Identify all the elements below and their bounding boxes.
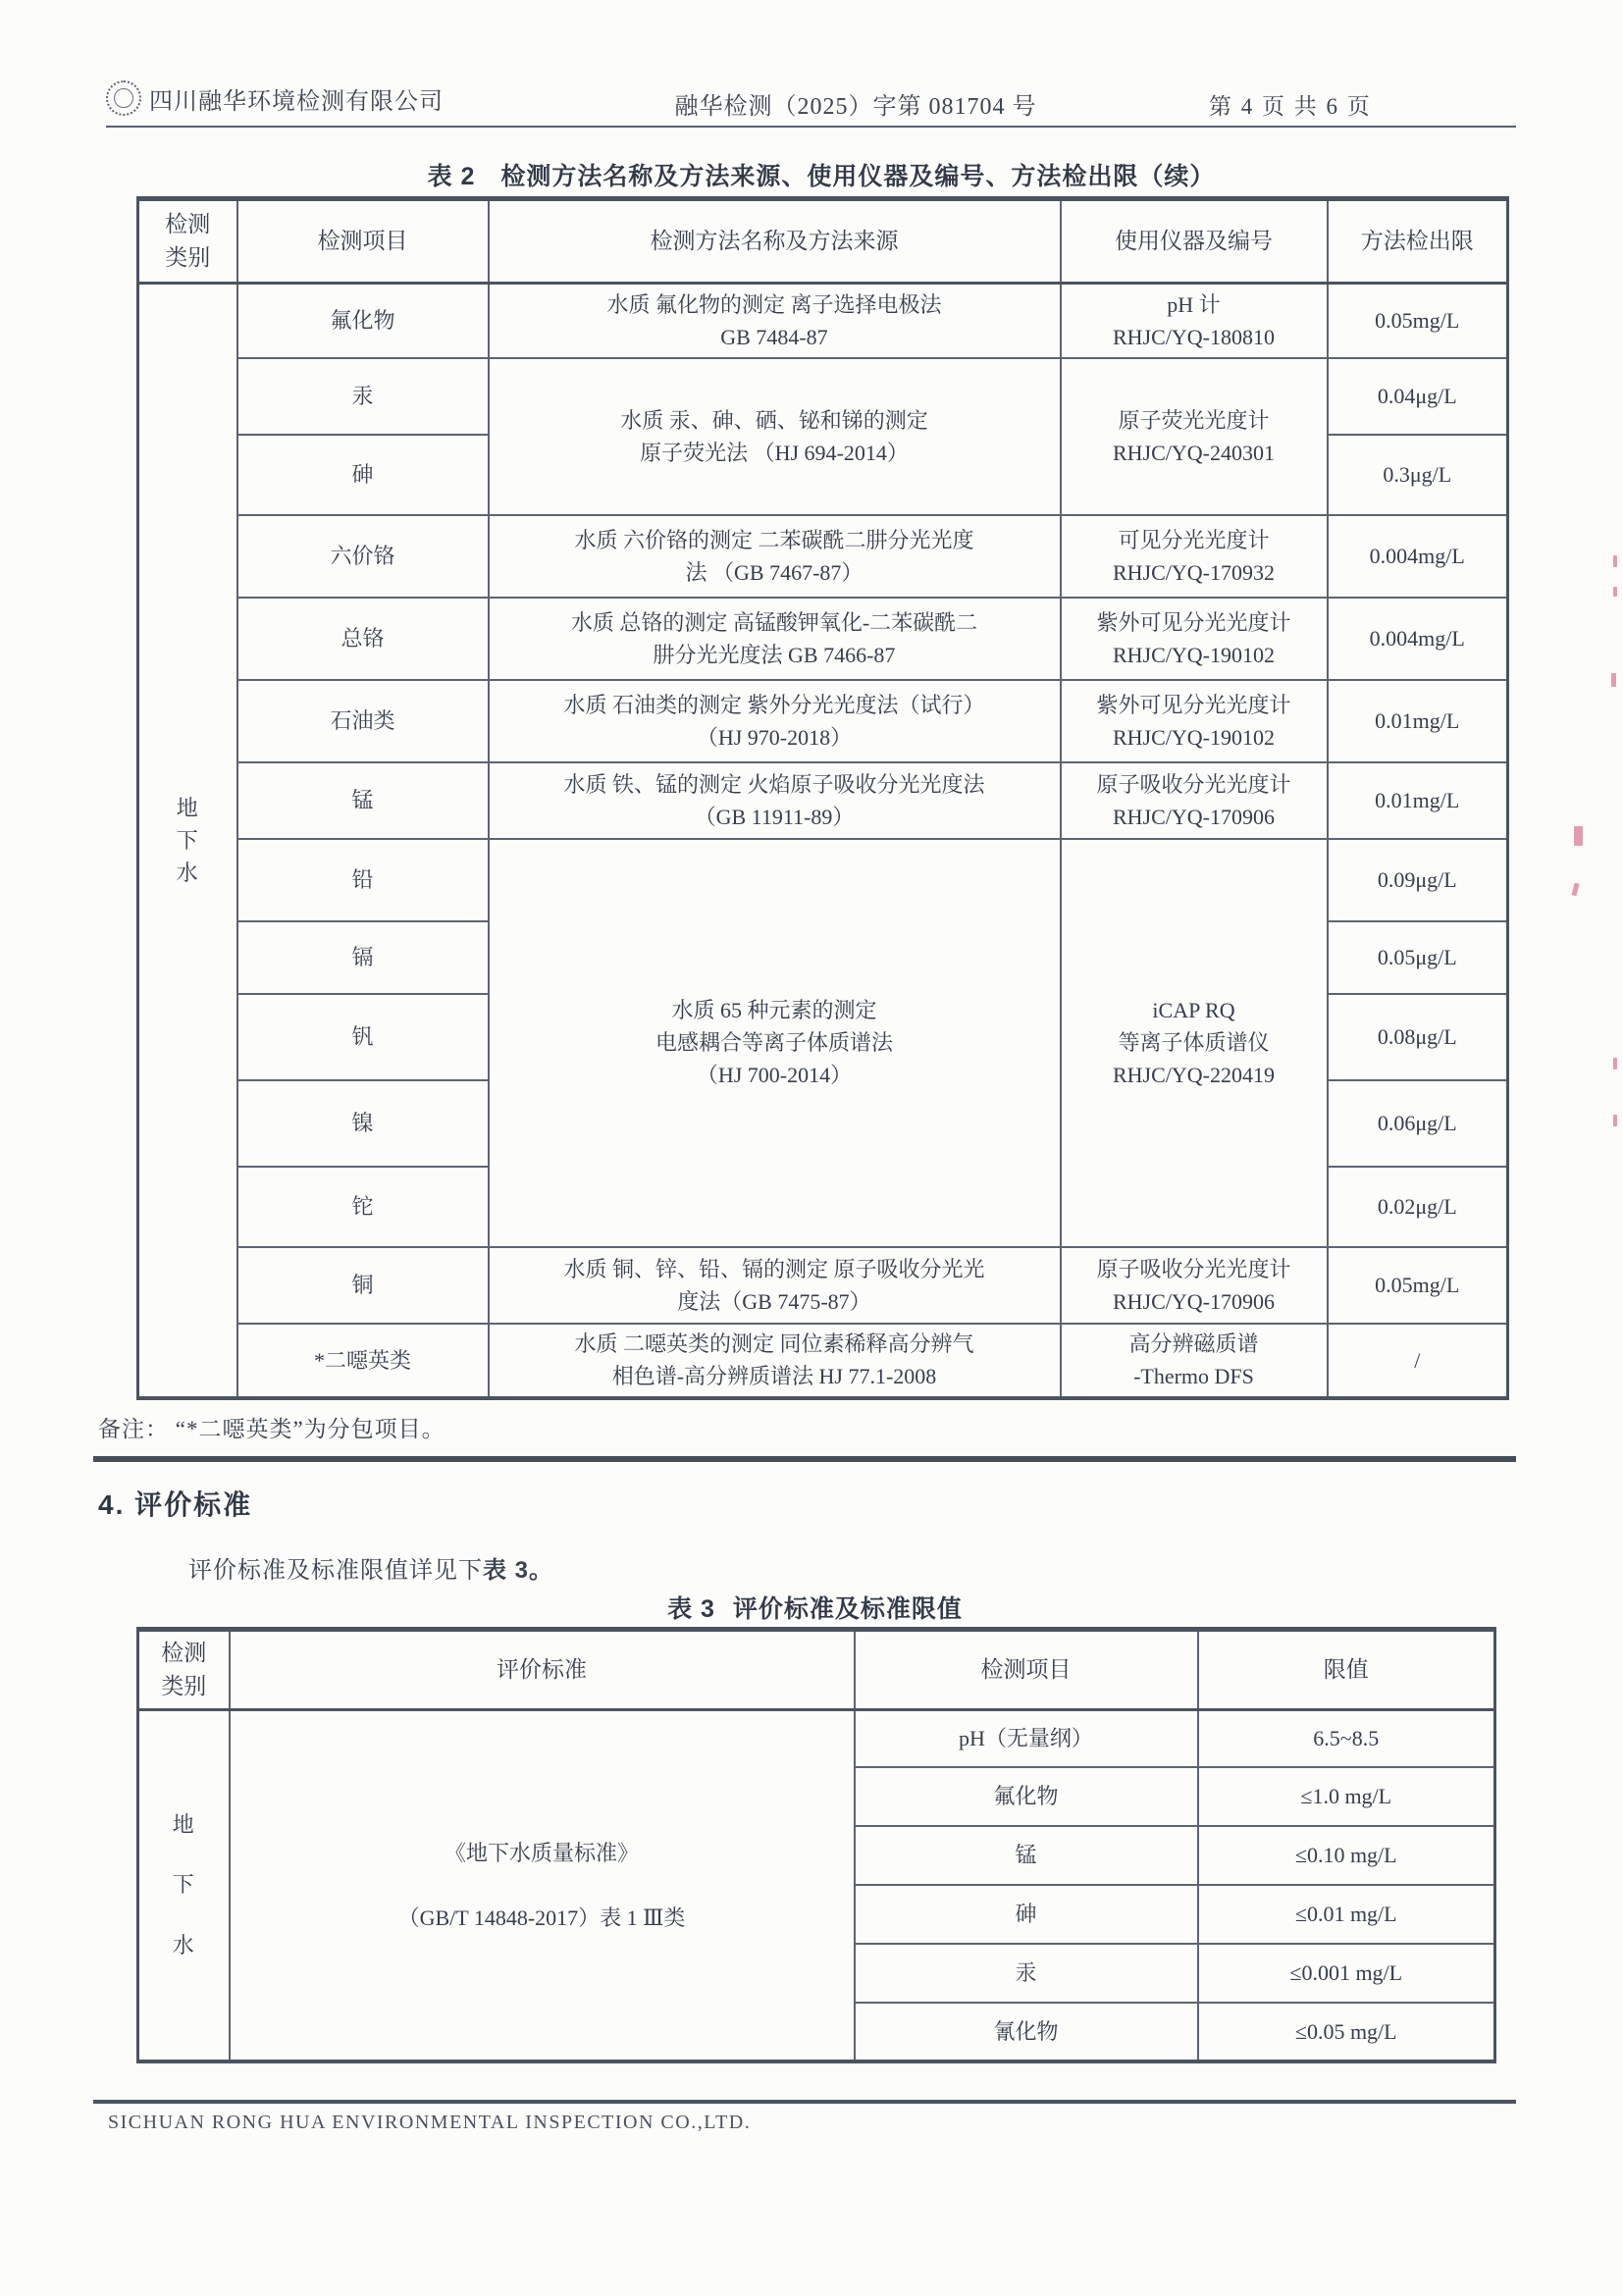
header-company: 四川融华环境检测有限公司 (106, 80, 444, 116)
item-cell: 锰 (237, 762, 489, 839)
item-cell: 总铬 (237, 598, 489, 680)
instrument-cell: 高分辨磁质谱 -Thermo DFS (1061, 1324, 1328, 1398)
table3-col-header-standard: 评价标准 (230, 1630, 855, 1710)
page-indicator: 第 4 页 共 6 页 (1209, 88, 1372, 121)
section-divider-rule (93, 1456, 1516, 1462)
standard-cell: 《地下水质量标准》 （GB/T 14848-2017）表 1 Ⅲ类 (230, 1710, 855, 2061)
item-cell: pH（无量纲） (855, 1710, 1198, 1767)
limit-cell: / (1328, 1324, 1508, 1398)
table2-footnote: 备注： “*二噁英类”为分包项目。 (98, 1411, 445, 1443)
doc-number: 融华检测（2025）字第 081704 号 (675, 86, 1037, 121)
company-name: 四川融华环境检测有限公司 (149, 81, 444, 116)
table3: 检测 类别 评价标准 检测项目 限值 地 下 水 《地下水质量标准》 （GB/T… (136, 1627, 1496, 2063)
table2-col-header-method: 检测方法名称及方法来源 (489, 199, 1061, 284)
limit-cell: 0.05mg/L (1328, 1247, 1508, 1324)
scan-artifact-mark (1611, 673, 1616, 687)
section-paragraph: 评价标准及标准限值详见下表 3。 (188, 1550, 553, 1585)
item-cell: 镉 (237, 921, 489, 994)
item-cell: 钒 (237, 994, 489, 1080)
scan-artifact-mark (1613, 1115, 1617, 1126)
table3-category-cell: 地 下 水 (138, 1710, 230, 2061)
table2-title-text: 检测方法名称及方法来源、使用仪器及编号、方法检出限（续） (500, 163, 1215, 190)
section-heading: 4. 评价标准 (98, 1484, 252, 1523)
limit-cell: 0.05mg/L (1328, 284, 1508, 358)
limit-cell: 0.09μg/L (1328, 839, 1508, 921)
item-cell: 铊 (237, 1167, 489, 1247)
paragraph-bold-ref: 表 3。 (483, 1557, 553, 1584)
paragraph-text: 评价标准及标准限值详见下 (188, 1558, 483, 1584)
table2: 检测 类别 检测项目 检测方法名称及方法来源 使用仪器及编号 方法检出限 地 下… (136, 196, 1509, 1400)
limit-cell: 0.004mg/L (1328, 598, 1508, 680)
item-cell: 砷 (855, 1885, 1198, 1944)
table3-title-text: 评价标准及标准限值 (733, 1595, 963, 1623)
item-cell: 氰化物 (855, 2003, 1198, 2061)
table2-category-cell: 地 下 水 (138, 284, 237, 1398)
footer-rule (93, 2100, 1516, 2104)
report-page: 四川融华环境检测有限公司 融华检测（2025）字第 081704 号 第 4 页… (0, 0, 1623, 2296)
item-cell: 铅 (237, 839, 489, 921)
table2-col-header-item: 检测项目 (237, 199, 489, 284)
limit-cell: ≤0.001 mg/L (1198, 1944, 1495, 2003)
scan-artifact-mark (1571, 883, 1579, 897)
limit-cell: 0.08μg/L (1328, 994, 1508, 1080)
table2-col-header-limit: 方法检出限 (1328, 199, 1508, 284)
limit-cell: ≤0.10 mg/L (1198, 1826, 1495, 1885)
limit-cell: ≤0.01 mg/L (1198, 1885, 1495, 1944)
method-cell: 水质 氟化物的测定 离子选择电极法 GB 7484-87 (489, 284, 1061, 358)
item-cell: *二噁英类 (237, 1324, 489, 1398)
footer-company: SICHUAN RONG HUA ENVIRONMENTAL INSPECTIO… (108, 2112, 751, 2134)
scan-artifact-mark (1613, 587, 1617, 597)
item-cell: 砷 (237, 435, 489, 515)
method-cell: 水质 石油类的测定 紫外分光光度法（试行） （HJ 970-2018） (489, 680, 1061, 762)
limit-cell: 0.06μg/L (1328, 1080, 1508, 1167)
instrument-cell: 原子吸收分光光度计 RHJC/YQ-170906 (1061, 762, 1328, 839)
instrument-cell: 原子荧光光度计 RHJC/YQ-240301 (1061, 358, 1328, 515)
item-cell: 石油类 (237, 680, 489, 762)
limit-cell: 0.02μg/L (1328, 1167, 1508, 1247)
item-cell: 镍 (237, 1080, 489, 1167)
item-cell: 六价铬 (237, 515, 489, 598)
instrument-cell: 可见分光光度计 RHJC/YQ-170932 (1061, 515, 1328, 598)
table2-title: 表 2检测方法名称及方法来源、使用仪器及编号、方法检出限（续） (136, 157, 1506, 192)
company-seal-icon (106, 80, 141, 116)
method-cell: 水质 六价铬的测定 二苯碳酰二肼分光光度 法 （GB 7467-87） (489, 515, 1061, 598)
scan-artifact-mark (1574, 826, 1583, 846)
instrument-cell: pH 计 RHJC/YQ-180810 (1061, 284, 1328, 358)
instrument-cell: 紫外可见分光光度计 RHJC/YQ-190102 (1061, 598, 1328, 680)
method-cell: 水质 65 种元素的测定 电感耦合等离子体质谱法 （HJ 700-2014） (489, 839, 1061, 1247)
item-cell: 汞 (855, 1944, 1198, 2003)
item-cell: 氟化物 (237, 284, 489, 358)
item-cell: 铜 (237, 1247, 489, 1324)
method-cell: 水质 铁、锰的测定 火焰原子吸收分光光度法 （GB 11911-89） (489, 762, 1061, 839)
instrument-cell: 原子吸收分光光度计 RHJC/YQ-170906 (1061, 1247, 1328, 1324)
item-cell: 氟化物 (855, 1767, 1198, 1826)
limit-cell: 0.04μg/L (1328, 358, 1508, 435)
limit-cell: 6.5~8.5 (1198, 1710, 1495, 1767)
limit-cell: 0.01mg/L (1328, 680, 1508, 762)
limit-cell: 0.004mg/L (1328, 515, 1508, 598)
table2-title-number: 表 2 (428, 163, 476, 190)
scan-artifact-mark (1613, 555, 1617, 567)
table3-col-header-category: 检测 类别 (138, 1630, 230, 1710)
method-cell: 水质 汞、砷、硒、铋和锑的测定 原子荧光法 （HJ 694-2014） (489, 358, 1061, 515)
table3-col-header-item: 检测项目 (855, 1630, 1198, 1710)
table2-col-header-category: 检测 类别 (138, 199, 237, 284)
limit-cell: ≤1.0 mg/L (1198, 1767, 1495, 1826)
item-cell: 锰 (855, 1826, 1198, 1885)
limit-cell: ≤0.05 mg/L (1198, 2003, 1495, 2061)
header-rule (106, 126, 1516, 128)
item-cell: 汞 (237, 358, 489, 435)
limit-cell: 0.01mg/L (1328, 762, 1508, 839)
instrument-cell: 紫外可见分光光度计 RHJC/YQ-190102 (1061, 680, 1328, 762)
instrument-cell: iCAP RQ 等离子体质谱仪 RHJC/YQ-220419 (1061, 839, 1328, 1247)
table3-title: 表 3评价标准及标准限值 (136, 1590, 1493, 1625)
limit-cell: 0.3μg/L (1328, 435, 1508, 515)
table3-col-header-limit: 限值 (1198, 1630, 1495, 1710)
scan-artifact-mark (1613, 1058, 1617, 1070)
limit-cell: 0.05μg/L (1328, 921, 1508, 994)
method-cell: 水质 二噁英类的测定 同位素稀释高分辨气 相色谱-高分辨质谱法 HJ 77.1-… (489, 1324, 1061, 1398)
method-cell: 水质 铜、锌、铅、镉的测定 原子吸收分光光 度法（GB 7475-87） (489, 1247, 1061, 1324)
table2-col-header-instrument: 使用仪器及编号 (1061, 199, 1328, 284)
table3-title-number: 表 3 (667, 1595, 715, 1623)
method-cell: 水质 总铬的测定 高锰酸钾氧化-二苯碳酰二 肼分光光度法 GB 7466-87 (489, 598, 1061, 680)
